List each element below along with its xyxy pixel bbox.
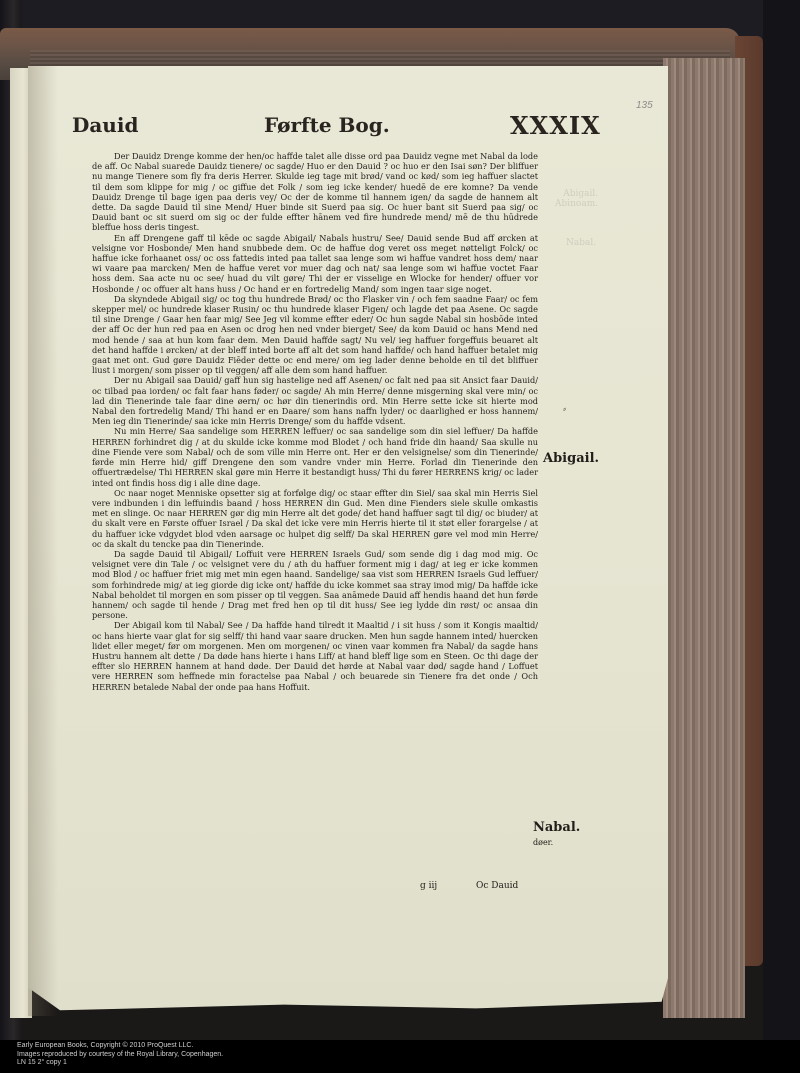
scan-right-backdrop [763,0,800,1040]
margin-note-doer: døer. [533,838,553,847]
running-header: Dauid Førfte Bog. XXXIX [72,113,552,143]
paragraph: Nu min Herre/ Saa sandelige som HERREN l… [92,426,538,487]
paragraph: Der nu Abigail saa Dauid/ gaff hun sig h… [92,375,538,426]
paragraph: Der Dauidz Drenge komme der hen/oc haffd… [92,151,538,233]
footer-line-copyright: Early European Books, Copyright © 2010 P… [17,1042,223,1051]
paragraph: Da skyndede Abigail sig/ oc tog thu hund… [92,294,538,376]
book-fore-edge [663,58,745,1018]
paragraph: Der Abigail kom til Nabal/ See / Da haff… [92,620,538,691]
signature-mark: g iij [420,881,437,891]
show-through-margin-note: Abigail.Abinoam. [555,189,598,209]
footer-line-courtesy: Images reproduced by courtesy of the Roy… [17,1051,223,1060]
paragraph: En aff Drengene gaff til kēde oc sagde A… [92,233,538,294]
running-head-left: Dauid [72,113,138,137]
handwritten-folio-number: 135 [636,100,653,111]
folio-roman-numeral: XXXIX [510,111,601,140]
page-body-text: Der Dauidz Drenge komme der hen/oc haffd… [92,151,538,692]
paragraph: Da sagde Dauid til Abigail/ Loffuit vere… [92,549,538,620]
manuscript-mark: ⸗ [563,404,566,415]
margin-note-abigail: Abigail. [543,451,599,466]
copyright-footer: Early European Books, Copyright © 2010 P… [17,1042,223,1068]
show-through-margin-note: Nabal. [566,238,596,248]
running-head-center: Førfte Bog. [264,113,390,137]
paragraph: Oc naar noget Menniske opsetter sig at f… [92,488,538,549]
gutter-shadow [28,66,58,1016]
margin-note-nabal: Nabal. [533,820,580,835]
footer-line-shelfmark: LN 15 2° copy 1 [17,1059,223,1068]
catchword: Oc Dauid [476,881,518,891]
